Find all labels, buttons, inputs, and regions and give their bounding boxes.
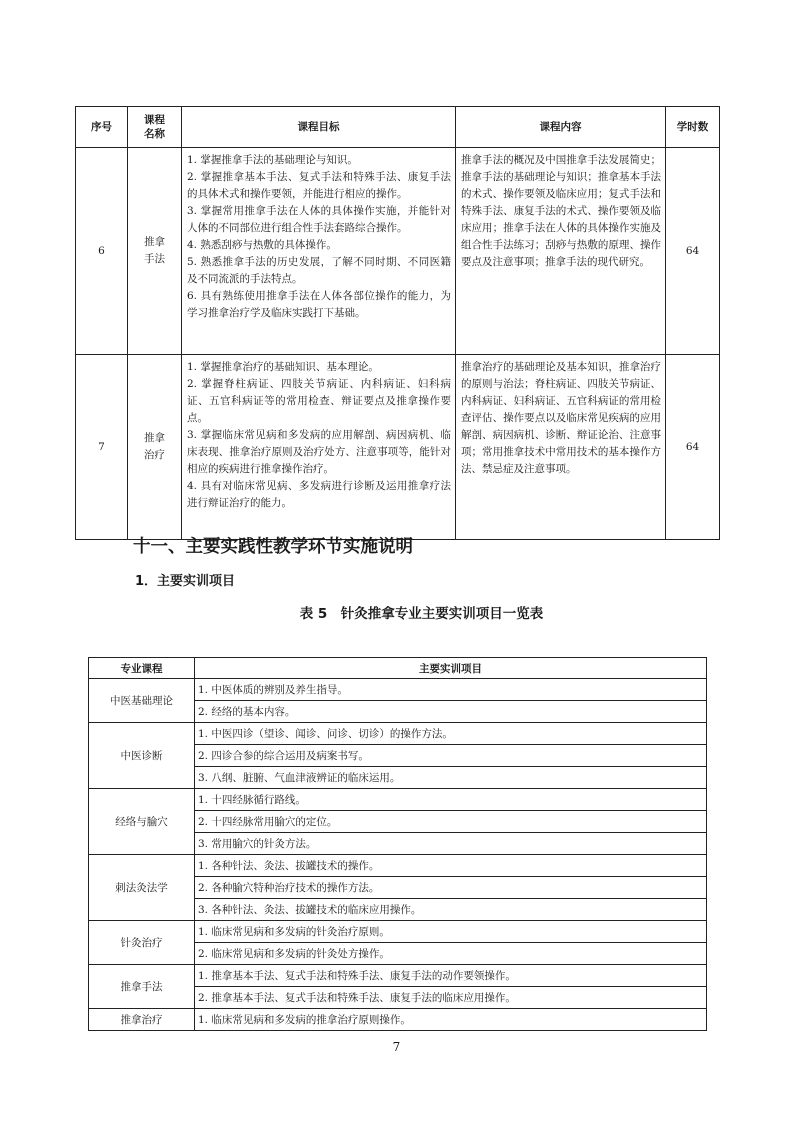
training-item: 2. 临床常见病和多发病的针灸处方操作。 [195, 943, 707, 965]
course-name: 针灸治疗 [89, 921, 195, 965]
table-row: 经络与腧穴 1. 十四经脉循行路线。 [89, 789, 707, 811]
course-name: 推拿治疗 [89, 1009, 195, 1031]
course-name: 刺法灸法学 [89, 855, 195, 921]
training-item: 1. 中医四诊（望诊、闻诊、问诊、切诊）的操作方法。 [195, 723, 707, 745]
row-course-name: 推拿 治疗 [128, 355, 182, 540]
row-goals: 1. 掌握推拿治疗的基础知识、基本理论。 2. 掌握脊柱病证、四肢关节病证、内科… [182, 355, 456, 540]
training-item: 2. 十四经脉常用腧穴的定位。 [195, 811, 707, 833]
training-item: 3. 各种针法、灸法、拔罐技术的临床应用操作。 [195, 899, 707, 921]
section-heading: 十一、主要实践性教学环节实施说明 [133, 533, 413, 558]
training-item: 2. 经络的基本内容。 [195, 701, 707, 723]
header-course-goals: 课程目标 [182, 107, 456, 148]
header-course-content: 课程内容 [456, 107, 666, 148]
header-course: 专业课程 [89, 658, 195, 679]
goal-item: 4. 熟悉刮痧与热敷的具体操作。 [187, 237, 451, 254]
row-index: 6 [76, 148, 128, 355]
section-subheading: 1．主要实训项目 [135, 570, 235, 589]
row-goals: 1. 掌握推拿手法的基础理论与知识。 2. 掌握推拿基本手法、复式手法和特殊手法… [182, 148, 456, 355]
training-item: 2. 推拿基本手法、复式手法和特殊手法、康复手法的临床应用操作。 [195, 987, 707, 1009]
table-row: 7 推拿 治疗 1. 掌握推拿治疗的基础知识、基本理论。 2. 掌握脊柱病证、四… [76, 355, 720, 540]
table-row: 刺法灸法学 1. 各种针法、灸法、拔罐技术的操作。 [89, 855, 707, 877]
goal-item: 6. 具有熟练使用推拿手法在人体各部位操作的能力，为学习推拿治疗学及临床实践打下… [187, 288, 451, 322]
goal-item: 5. 熟悉推拿手法的历史发展，了解不同时期、不同医籍及不同流派的手法特点。 [187, 254, 451, 288]
row-hours: 64 [666, 148, 720, 355]
training-table-header: 专业课程 主要实训项目 [89, 658, 707, 679]
course-name: 推拿手法 [89, 965, 195, 1009]
row-course-name: 推拿 手法 [128, 148, 182, 355]
training-item: 2. 四诊合参的综合运用及病案书写。 [195, 745, 707, 767]
table-caption: 表 5 针灸推拿专业主要实训项目一览表 [0, 602, 793, 622]
training-item: 1. 临床常见病和多发病的推拿治疗原则操作。 [195, 1009, 707, 1031]
course-table-header: 序号 课程 名称 课程目标 课程内容 学时数 [76, 107, 720, 148]
row-content: 推拿手法的概况及中国推拿手法发展简史；推拿手法的基础理论与知识；推拿基本手法的术… [456, 148, 666, 355]
training-item: 3. 八纲、脏腑、气血津液辨证的临床运用。 [195, 767, 707, 789]
goal-item: 3. 掌握临床常见病和多发病的应用解剖、病因病机、临床表现、推拿治疗原则及治疗处… [187, 427, 451, 478]
row-content: 推拿治疗的基础理论及基本知识，推拿治疗的原则与治法；脊柱病证、四肢关节病证、内科… [456, 355, 666, 540]
row-hours: 64 [666, 355, 720, 540]
course-name: 经络与腧穴 [89, 789, 195, 855]
goal-item: 1. 掌握推拿手法的基础理论与知识。 [187, 152, 451, 169]
row-index: 7 [76, 355, 128, 540]
header-hours: 学时数 [666, 107, 720, 148]
table-row: 针灸治疗 1. 临床常见病和多发病的针灸治疗原则。 [89, 921, 707, 943]
table-row: 中医基础理论 1. 中医体质的辨别及养生指导。 [89, 679, 707, 701]
goal-item: 1. 掌握推拿治疗的基础知识、基本理论。 [187, 359, 451, 376]
goal-item: 2. 掌握脊柱病证、四肢关节病证、内科病证、妇科病证、五官科病证等的常用检查、辩… [187, 376, 451, 427]
training-item: 1. 中医体质的辨别及养生指导。 [195, 679, 707, 701]
header-course-name: 课程 名称 [128, 107, 182, 148]
goal-item: 4. 具有对临床常见病、多发病进行诊断及运用推拿疗法进行辩证治疗的能力。 [187, 478, 451, 512]
training-item: 1. 十四经脉循行路线。 [195, 789, 707, 811]
course-name: 中医诊断 [89, 723, 195, 789]
training-item: 3. 常用腧穴的针灸方法。 [195, 833, 707, 855]
goal-item: 3. 掌握常用推拿手法在人体的具体操作实施，并能针对人体的不同部位进行组合性手法… [187, 203, 451, 237]
course-name: 中医基础理论 [89, 679, 195, 723]
goal-item: 2. 掌握推拿基本手法、复式手法和特殊手法、康复手法的具体术式和操作要领，并能进… [187, 169, 451, 203]
training-item: 1. 各种针法、灸法、拔罐技术的操作。 [195, 855, 707, 877]
table-row: 推拿手法 1. 推拿基本手法、复式手法和特殊手法、康复手法的动作要领操作。 [89, 965, 707, 987]
training-item: 1. 推拿基本手法、复式手法和特殊手法、康复手法的动作要领操作。 [195, 965, 707, 987]
header-index: 序号 [76, 107, 128, 148]
table-row: 推拿治疗 1. 临床常见病和多发病的推拿治疗原则操作。 [89, 1009, 707, 1031]
table-row: 中医诊断 1. 中医四诊（望诊、闻诊、问诊、切诊）的操作方法。 [89, 723, 707, 745]
training-table: 专业课程 主要实训项目 中医基础理论 1. 中医体质的辨别及养生指导。 2. 经… [88, 657, 707, 1031]
page-number: 7 [0, 1040, 793, 1054]
training-item: 1. 临床常见病和多发病的针灸治疗原则。 [195, 921, 707, 943]
course-table: 序号 课程 名称 课程目标 课程内容 学时数 6 推拿 手法 1. 掌握推拿手法… [75, 106, 720, 540]
training-item: 2. 各种腧穴特种治疗技术的操作方法。 [195, 877, 707, 899]
table-row: 6 推拿 手法 1. 掌握推拿手法的基础理论与知识。 2. 掌握推拿基本手法、复… [76, 148, 720, 355]
header-training-items: 主要实训项目 [195, 658, 707, 679]
